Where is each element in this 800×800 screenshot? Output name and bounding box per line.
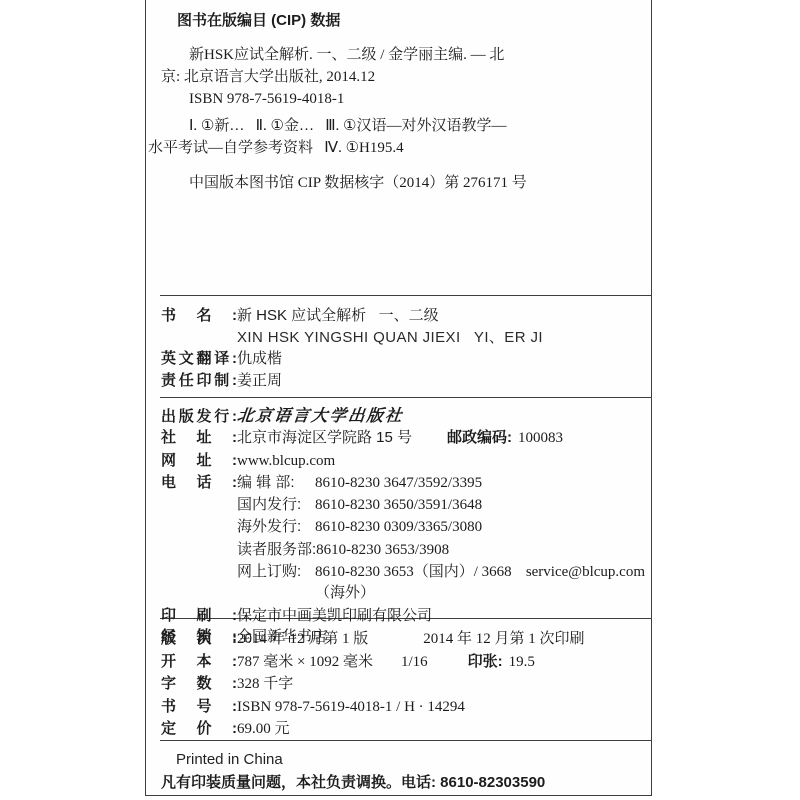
publisher-row: 出版发行: 北京语言大学出版社 <box>161 405 645 427</box>
format-row: 开本: 787 毫米 × 1092 毫米 1/16 印张: 19.5 <box>161 651 645 674</box>
book-title-pinyin-row: XIN HSK YINGSHI QUAN JIEXI YI、ER JI <box>161 327 645 349</box>
wordcount-row: 字数: 328 千字 <box>161 673 645 696</box>
phone-dept-label: 编 辑 部: <box>237 472 315 493</box>
print-supervisor-row: 责任印制: 姜正周 <box>161 370 645 392</box>
address-value: 北京市海淀区学院路 15 号 <box>237 427 412 448</box>
phone-number: 8610-8230 3647/3592/3395 <box>315 473 482 494</box>
wordcount-value: 328 千字 <box>237 674 293 696</box>
phone-dept-label: 读者服务部: <box>237 539 316 560</box>
wordcount-label: 字数: <box>161 673 237 695</box>
phone-label: 电话: <box>161 472 237 493</box>
postcode-label: 邮政编码: <box>447 427 512 448</box>
print-supervisor-value: 姜正周 <box>237 370 282 392</box>
phone-row-overseas: 海外发行: 8610-8230 0309/3365/3080 <box>161 516 645 538</box>
edition-section: 版次: 2014 年 12 月第 1 版 2014 年 12 月第 1 次印刷 … <box>146 619 651 740</box>
cip-classification-line-2: 水平考试—自学参考资料 Ⅳ. ①H195.4 <box>148 137 645 159</box>
price-row: 定价: 69.00 元 <box>161 718 645 741</box>
cip-isbn-line: ISBN 978-7-5619-4018-1 <box>189 88 645 110</box>
phone-row-reader-service: 读者服务部: 8610-8230 3653/3908 <box>161 539 645 561</box>
book-number-label: 书号: <box>161 696 237 718</box>
cip-entry-line-1: 新HSK应试全解析. 一、二级 / 金学丽主编. — 北 <box>189 44 645 66</box>
order-email: service@blcup.com <box>526 562 645 583</box>
book-title-row: 书名: 新 HSK 应试全解析 一、二级 <box>161 305 645 327</box>
format-fraction: 1/16 <box>401 652 428 674</box>
phone-number: 8610-8230 3650/3591/3648 <box>315 495 482 516</box>
book-title-label: 书名: <box>161 305 237 327</box>
cip-heading: 图书在版编目 (CIP) 数据 <box>177 10 645 32</box>
phone-row-editorial: 电话: 编 辑 部: 8610-8230 3647/3592/3395 <box>161 472 645 494</box>
publishing-section: 出版发行: 北京语言大学出版社 社址: 北京市海淀区学院路 15 号 邮政编码:… <box>146 398 651 618</box>
cip-record-line: 中国版本图书馆 CIP 数据核字（2014）第 276171 号 <box>189 172 645 194</box>
address-label: 社址: <box>161 427 237 448</box>
translator-row: 英文翻译: 仇成楷 <box>161 348 645 370</box>
printer-label: 印刷: <box>161 605 237 626</box>
postcode-value: 100083 <box>518 428 563 449</box>
sheets-label: 印张: <box>468 651 503 673</box>
phone-dept-label: 海外发行: <box>237 516 315 537</box>
copyright-page: 图书在版编目 (CIP) 数据 新HSK应试全解析. 一、二级 / 金学丽主编.… <box>145 0 652 796</box>
phone-number: 8610-8230 0309/3365/3080 <box>315 517 482 538</box>
book-info-section: 书名: 新 HSK 应试全解析 一、二级 XIN HSK YINGSHI QUA… <box>146 296 651 397</box>
edition-value: 2014 年 12 月第 1 版 <box>237 629 368 651</box>
printer-value: 保定市中画美凯印刷有限公司 <box>237 605 432 626</box>
book-number-row: 书号: ISBN 978-7-5619-4018-1 / H · 14294 <box>161 696 645 719</box>
quality-note: 凡有印装质量问题，本社负责调换。电话: 8610-82303590 <box>161 772 645 795</box>
publisher-label: 出版发行: <box>161 406 237 427</box>
format-value: 787 毫米 × 1092 毫米 <box>237 652 373 674</box>
print-supervisor-label: 责任印制: <box>161 370 237 392</box>
address-row: 社址: 北京市海淀区学院路 15 号 邮政编码: 100083 <box>161 427 645 449</box>
phone-number: 8610-8230 3653（国内）/ 3668（海外） <box>315 562 514 605</box>
printed-in-china: Printed in China <box>176 749 645 772</box>
edition-label: 版次: <box>161 628 237 650</box>
book-title-pinyin: XIN HSK YINGSHI QUAN JIEXI YI、ER JI <box>237 327 543 349</box>
cip-section: 图书在版编目 (CIP) 数据 新HSK应试全解析. 一、二级 / 金学丽主编.… <box>146 0 651 295</box>
translator-label: 英文翻译: <box>161 348 237 370</box>
footer-section: Printed in China 凡有印装质量问题，本社负责调换。电话: 861… <box>146 741 651 795</box>
phone-dept-label: 网上订购: <box>237 561 315 582</box>
cip-classification-line-1: Ⅰ. ①新… Ⅱ. ①金… Ⅲ. ①汉语—对外汉语教学— <box>189 115 645 137</box>
format-label: 开本: <box>161 651 237 673</box>
price-value: 69.00 元 <box>237 719 290 741</box>
cip-entry-line-2: 京: 北京语言大学出版社, 2014.12 <box>161 66 645 88</box>
phone-row-online-order: 网上订购: 8610-8230 3653（国内）/ 3668（海外） servi… <box>161 561 645 605</box>
phone-dept-label: 国内发行: <box>237 494 315 515</box>
publisher-logotype: 北京语言大学出版社 <box>236 405 405 426</box>
translator-value: 仇成楷 <box>237 348 282 370</box>
edition-row: 版次: 2014 年 12 月第 1 版 2014 年 12 月第 1 次印刷 <box>161 628 645 651</box>
book-title-value: 新 HSK 应试全解析 一、二级 <box>237 305 439 327</box>
website-value: www.blcup.com <box>237 451 335 472</box>
website-label: 网址: <box>161 450 237 471</box>
sheets-value: 19.5 <box>509 652 535 674</box>
price-label: 定价: <box>161 718 237 740</box>
printing-value: 2014 年 12 月第 1 次印刷 <box>423 629 584 651</box>
book-number-value: ISBN 978-7-5619-4018-1 / H · 14294 <box>237 697 465 719</box>
phone-row-domestic: 国内发行: 8610-8230 3650/3591/3648 <box>161 494 645 516</box>
website-row: 网址: www.blcup.com <box>161 450 645 472</box>
phone-number: 8610-8230 3653/3908 <box>316 540 449 561</box>
